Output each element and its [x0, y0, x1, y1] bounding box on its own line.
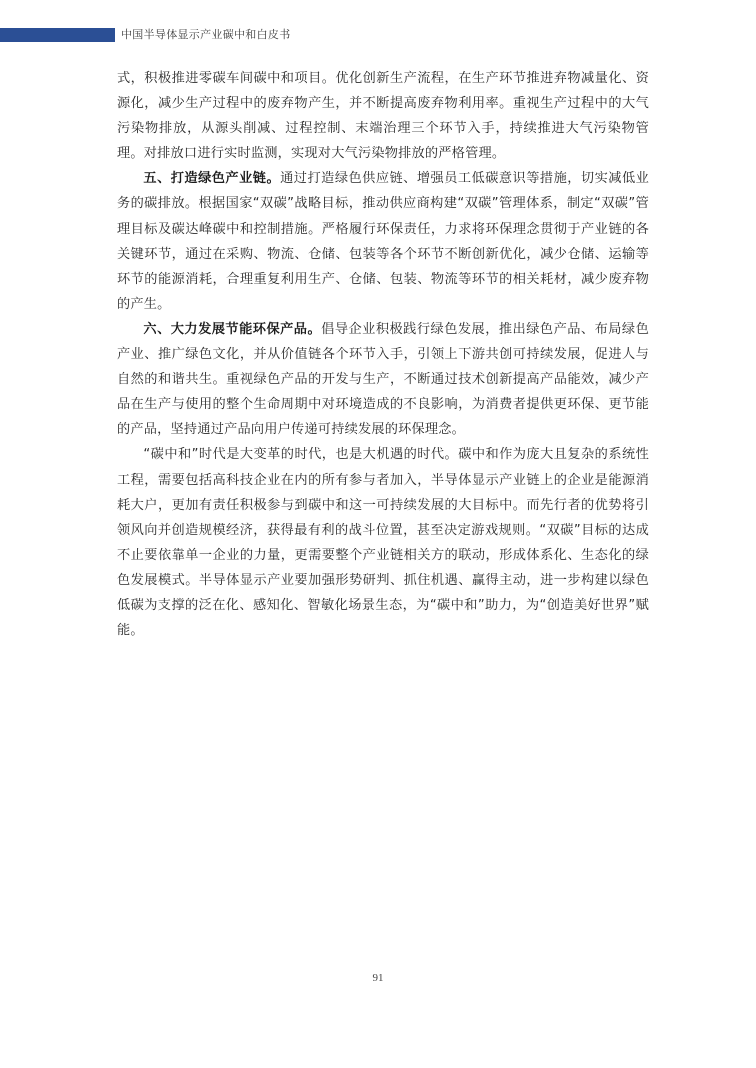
- section-heading: 六、大力发展节能环保产品。: [143, 322, 321, 337]
- body-text: 式，积极推进零碳车间碳中和项目。优化创新生产流程，在生产环节推进弃物减量化、资源…: [117, 66, 649, 643]
- paragraph-text: “碳中和”时代是大变革的时代，也是大机遇的时代。碳中和作为庞大且复杂的系统性工程…: [117, 447, 649, 638]
- paragraph-green-supply-chain: 五、打造绿色产业链。通过打造绿色供应链、增强员工低碳意识等措施，切实减低业务的碳…: [117, 166, 649, 317]
- paragraph-eco-products: 六、大力发展节能环保产品。倡导企业积极践行绿色发展，推出绿色产品、布局绿色产业、…: [117, 317, 649, 442]
- paragraph-conclusion: “碳中和”时代是大变革的时代，也是大机遇的时代。碳中和作为庞大且复杂的系统性工程…: [117, 442, 649, 643]
- paragraph-text: 倡导企业积极践行绿色发展，推出绿色产品、布局绿色产业、推广绿色文化，并从价值链各…: [117, 322, 649, 437]
- paragraph-text: 通过打造绿色供应链、增强员工低碳意识等措施，切实减低业务的碳排放。根据国家“双碳…: [117, 171, 649, 311]
- paragraph-1: 式，积极推进零碳车间碳中和项目。优化创新生产流程，在生产环节推进弃物减量化、资源…: [117, 66, 649, 166]
- document-title: 中国半导体显示产业碳中和白皮书: [121, 27, 291, 43]
- header-accent-bar: [0, 28, 115, 42]
- page-number: 91: [0, 972, 756, 984]
- section-heading: 五、打造绿色产业链。: [143, 171, 280, 186]
- paragraph-text: 式，积极推进零碳车间碳中和项目。优化创新生产流程，在生产环节推进弃物减量化、资源…: [117, 71, 649, 161]
